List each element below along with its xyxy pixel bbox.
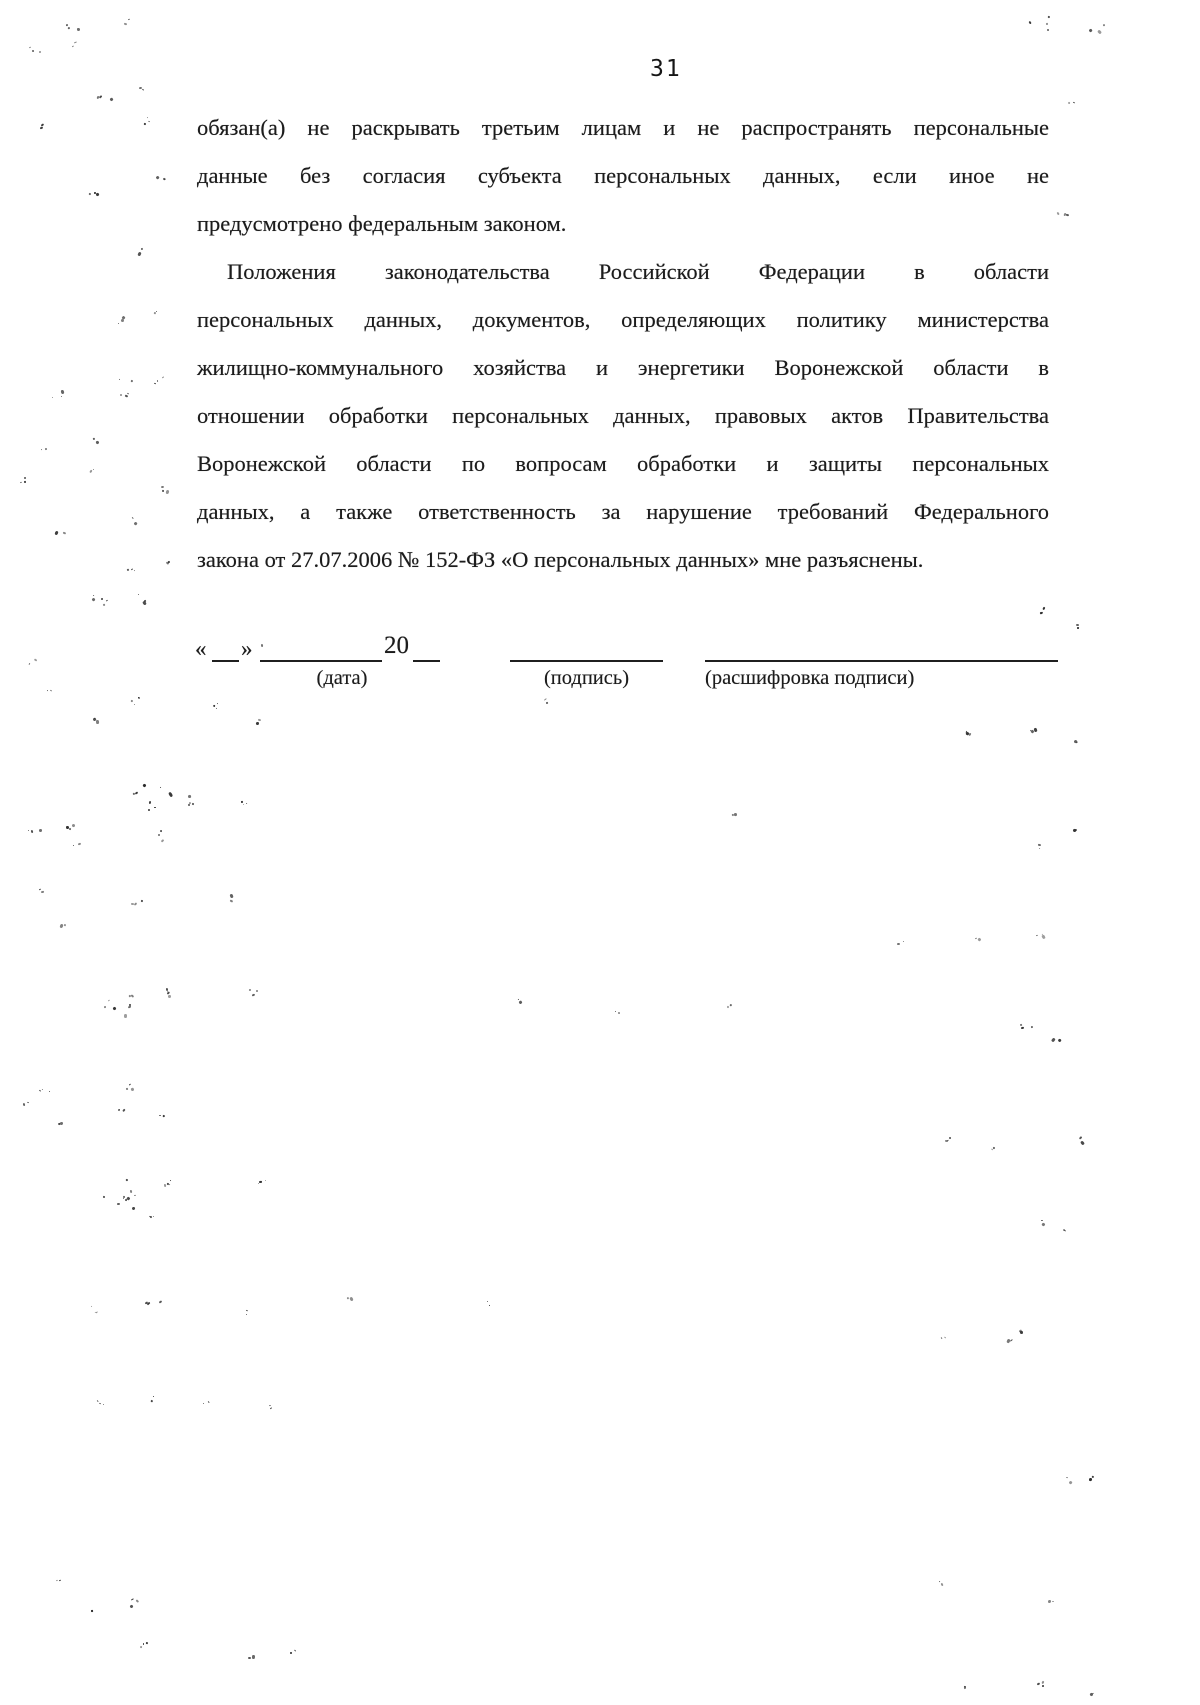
body-line: Воронежской области по вопросам обработк… bbox=[197, 440, 1049, 488]
transcript-field-line bbox=[705, 660, 1058, 662]
date-open-quote: « bbox=[195, 636, 207, 662]
body-line: жилищно-коммунального хозяйства и энерге… bbox=[197, 344, 1049, 392]
body-line: данных, а также ответственность за наруш… bbox=[197, 488, 1049, 536]
paragraph-2: Положения законодательства Российской Фе… bbox=[197, 248, 1049, 584]
signature-field-line bbox=[510, 660, 663, 662]
body-line: отношении обработки персональных данных,… bbox=[197, 392, 1049, 440]
body-line: обязан(а) не раскрывать третьим лицам и … bbox=[197, 104, 1049, 152]
transcript-label: (расшифровка подписи) bbox=[705, 666, 1005, 690]
body-line: Положения законодательства Российской Фе… bbox=[197, 248, 1049, 296]
body-text: обязан(а) не раскрывать третьим лицам и … bbox=[197, 104, 1049, 584]
date-year-field-line bbox=[413, 660, 440, 662]
date-close-quote: » bbox=[241, 636, 253, 662]
date-year-prefix: 20 bbox=[384, 633, 409, 659]
body-line: закона от 27.07.2006 № 152-ФЗ «О персона… bbox=[197, 536, 1049, 584]
body-line: персональных данных, документов, определ… bbox=[197, 296, 1049, 344]
scanned-document-page: 31 обязан(а) не раскрывать третьим лицам… bbox=[0, 0, 1200, 1705]
date-day-field-line bbox=[212, 660, 239, 662]
body-line: данные без согласия субъекта персональны… bbox=[197, 152, 1049, 200]
page-number: 31 bbox=[650, 56, 682, 82]
body-line: предусмотрено федеральным законом. bbox=[197, 200, 1049, 248]
paragraph-1: обязан(а) не раскрывать третьим лицам и … bbox=[197, 104, 1049, 248]
signature-label: (подпись) bbox=[505, 666, 668, 690]
date-month-field-line bbox=[260, 660, 382, 662]
date-label: (дата) bbox=[272, 666, 412, 690]
